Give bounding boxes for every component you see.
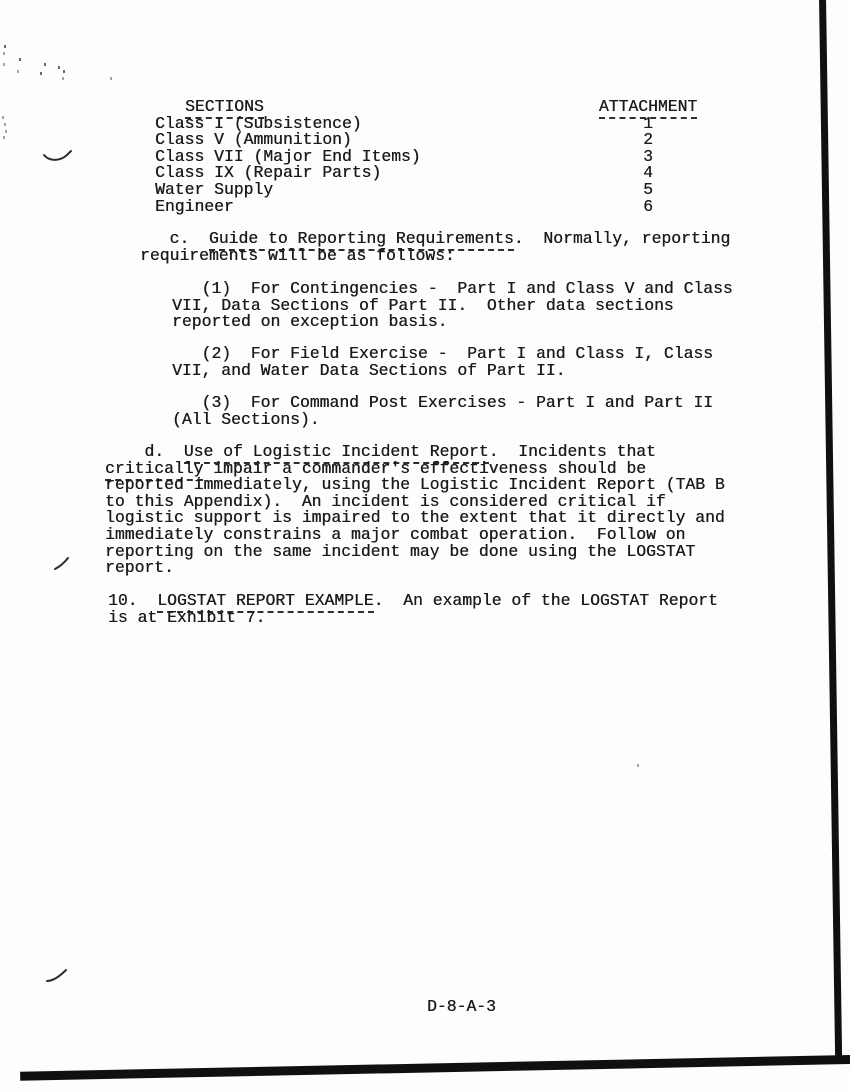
table-row: Water Supply 5 <box>155 182 698 199</box>
paragraph-d-logistic-incident: d. Use of Logistic Incident Report. Inci… <box>105 444 725 577</box>
page-edge-bottom-bar <box>20 1055 850 1081</box>
scan-speck <box>40 72 42 75</box>
scan-speck <box>2 116 4 119</box>
scan-speck <box>5 130 7 133</box>
scan-speck <box>3 52 5 55</box>
scan-speck <box>3 136 5 139</box>
pen-tick-mark <box>42 146 74 166</box>
sections-attachment-table: SECTIONS ATTACHMENT Class I (Subsistence… <box>155 99 698 215</box>
text-run: impair a commander's effectiveness shoul… <box>105 459 725 578</box>
text-run: (2) For Field Exercise - Part I and Clas… <box>172 344 713 380</box>
scan-speck <box>19 58 21 61</box>
paragraph-c-guide-to-reporting: c. Guide to Reporting Requirements. Norm… <box>140 231 730 264</box>
scan-speck <box>58 66 60 69</box>
scan-speck <box>4 45 6 48</box>
scanned-document-page: SECTIONS ATTACHMENT Class I (Subsistence… <box>0 0 850 1092</box>
scan-speck <box>4 123 6 126</box>
text-run: (1) For Contingencies - Part I and Class… <box>172 279 733 331</box>
scan-speck <box>63 70 65 73</box>
scan-speck <box>637 764 639 767</box>
scan-speck <box>62 77 64 80</box>
page-edge-right-bar <box>819 0 842 1058</box>
pen-tick-mark <box>45 967 69 984</box>
paragraph-10-logstat-example: 10. LOGSTAT REPORT EXAMPLE. An example o… <box>108 593 718 626</box>
section-cell: Engineer <box>155 199 598 216</box>
page-number: D-8-A-3 <box>427 999 496 1016</box>
text-run: (3) For Command Post Exercises - Part I … <box>172 393 713 429</box>
pen-tick-mark <box>53 556 71 572</box>
subparagraph-1-contingencies: (1) For Contingencies - Part I and Class… <box>172 281 733 331</box>
scan-speck <box>110 77 112 80</box>
scan-speck <box>44 63 46 66</box>
attachment-cell: 6 <box>598 199 698 216</box>
table-row: Engineer 6 <box>155 199 698 216</box>
scan-speck <box>3 63 5 66</box>
scan-speck <box>17 70 19 73</box>
subparagraph-2-field-exercise: (2) For Field Exercise - Part I and Clas… <box>172 346 713 379</box>
subparagraph-3-command-post: (3) For Command Post Exercises - Part I … <box>172 395 713 428</box>
